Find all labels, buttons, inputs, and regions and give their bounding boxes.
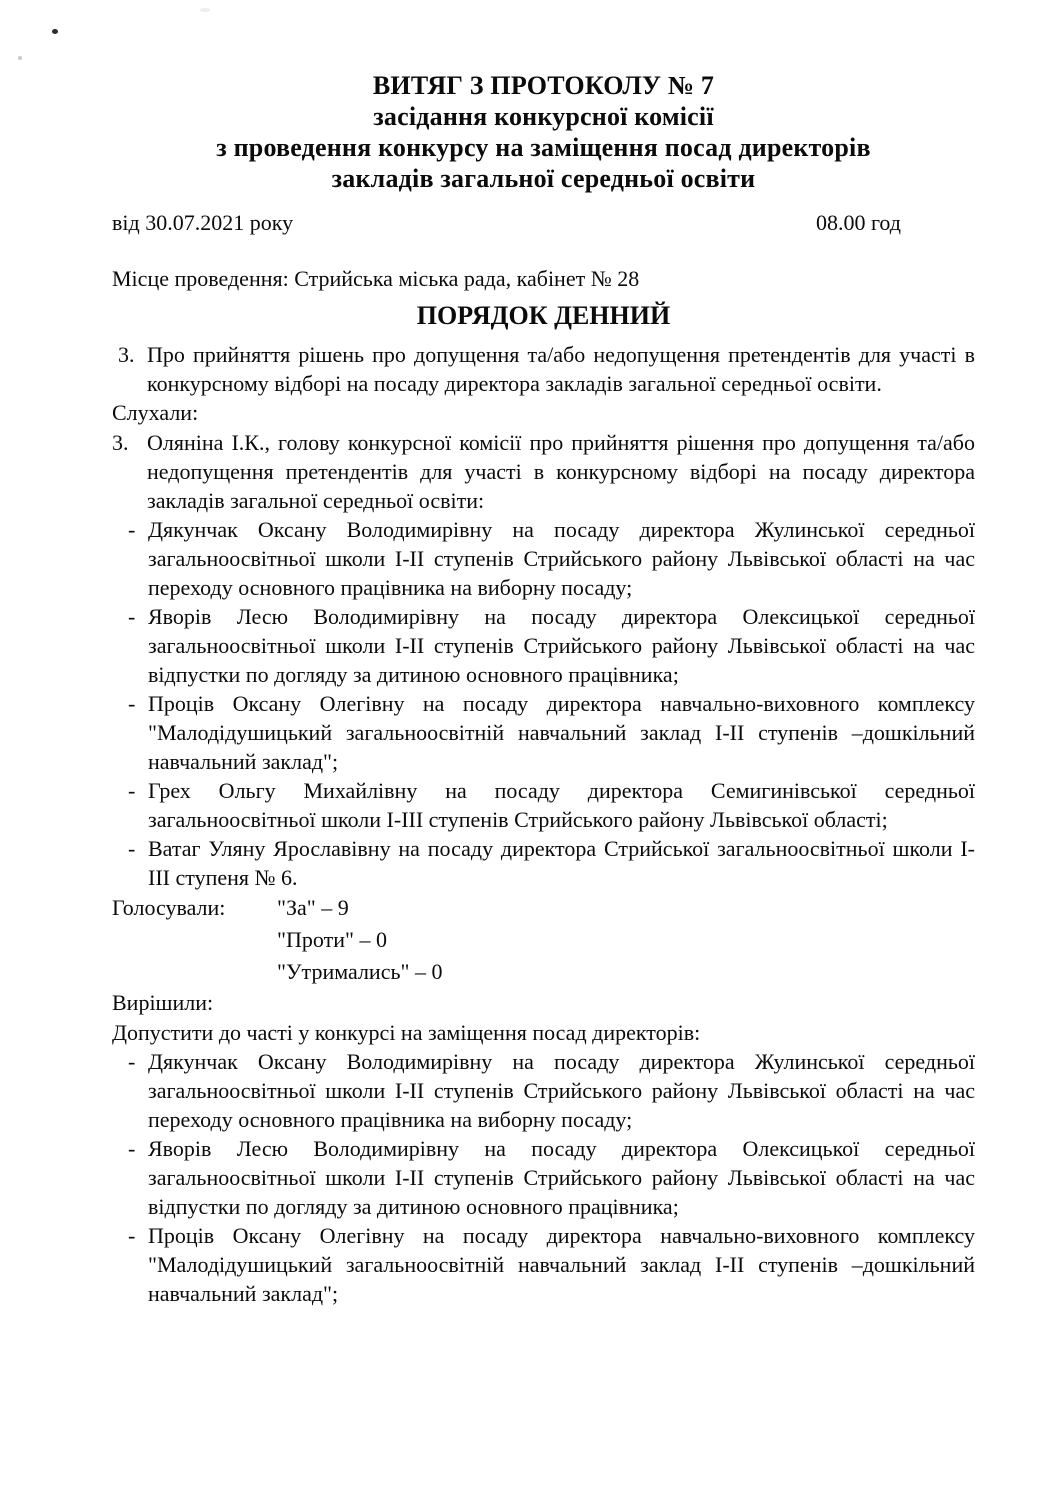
decided-candidate-text: Яворів Лесю Володимирівну на посаду дире…: [148, 1134, 975, 1221]
candidate-text: Проців Оксану Олегівну на посаду директо…: [148, 689, 975, 776]
decided-candidate-text: Проців Оксану Олегівну на посаду директо…: [148, 1221, 975, 1308]
agenda-heading: ПОРЯДОК ДЕННИЙ: [112, 300, 975, 331]
candidate-text: Дякунчак Оксану Володимирівну на посаду …: [148, 515, 975, 602]
decided-candidate-item-3: - Проців Оксану Олегівну на посаду дирек…: [112, 1221, 975, 1308]
document-title: ВИТЯГ З ПРОТОКОЛУ № 7 засідання конкурсн…: [112, 70, 975, 194]
heard-label: Слухали:: [112, 398, 975, 428]
decided-intro: Допустити до часті у конкурсі на заміщен…: [112, 1018, 975, 1047]
title-line-4: закладів загальної середньої освіти: [112, 163, 975, 194]
agenda-item: 3. Про прийняття рішень про допущення та…: [112, 340, 975, 398]
heard-item-text: Оляніна І.К., голову конкурсної комісії …: [147, 428, 975, 515]
heard-item-number: 3.: [112, 428, 147, 515]
candidate-text: Грех Ольгу Михайлівну на посаду директор…: [148, 776, 975, 834]
scan-speck: [200, 8, 210, 12]
scan-speck: [52, 29, 58, 34]
document-time: 08.00 год: [816, 208, 975, 237]
dash-marker: -: [128, 1134, 148, 1221]
location-line: Місце проведення: Стрийська міська рада,…: [112, 264, 975, 293]
voted-label: Голосували:: [112, 892, 277, 988]
dash-marker: -: [128, 834, 148, 892]
document-page: ВИТЯГ З ПРОТОКОЛУ № 7 засідання конкурсн…: [0, 0, 1058, 1497]
title-line-1: ВИТЯГ З ПРОТОКОЛУ № 7: [112, 70, 975, 101]
decided-candidate-item-1: - Дякунчак Оксану Володимирівну на посад…: [112, 1047, 975, 1134]
date-time-row: від 30.07.2021 року 08.00 год: [112, 208, 975, 237]
candidate-item-4: - Грех Ольгу Михайлівну на посаду директ…: [112, 776, 975, 834]
votes-section: Голосували: "За" – 9 "Проти" – 0 "Утрима…: [112, 892, 975, 988]
document-date: від 30.07.2021 року: [112, 208, 293, 237]
dash-marker: -: [128, 602, 148, 689]
vote-for: "За" – 9: [277, 892, 442, 924]
candidate-item-5: - Ватаг Уляну Ярославівну на посаду дире…: [112, 834, 975, 892]
dash-marker: -: [128, 1047, 148, 1134]
dash-marker: -: [128, 1221, 148, 1308]
votes-list: "За" – 9 "Проти" – 0 "Утримались" – 0: [277, 892, 442, 988]
title-line-2: засідання конкурсної комісії: [112, 101, 975, 132]
vote-abstained: "Утримались" – 0: [277, 956, 442, 988]
dash-marker: -: [128, 776, 148, 834]
candidate-text: Яворів Лесю Володимирівну на посаду дире…: [148, 602, 975, 689]
heard-item: 3. Оляніна І.К., голову конкурсної коміс…: [112, 428, 975, 515]
dash-marker: -: [128, 689, 148, 776]
vote-against: "Проти" – 0: [277, 924, 442, 956]
agenda-item-text: Про прийняття рішень про допущення та/аб…: [147, 340, 975, 398]
scan-speck: [18, 56, 22, 60]
title-line-3: з проведення конкурсу на заміщення посад…: [112, 132, 975, 163]
decided-label: Вирішили:: [112, 988, 975, 1018]
candidate-item-1: - Дякунчак Оксану Володимирівну на посад…: [112, 515, 975, 602]
candidate-text: Ватаг Уляну Ярославівну на посаду директ…: [148, 834, 975, 892]
candidate-item-3: - Проців Оксану Олегівну на посаду дирек…: [112, 689, 975, 776]
candidate-item-2: - Яворів Лесю Володимирівну на посаду ди…: [112, 602, 975, 689]
decided-candidate-text: Дякунчак Оксану Володимирівну на посаду …: [148, 1047, 975, 1134]
agenda-item-number: 3.: [118, 340, 147, 398]
decided-candidate-item-2: - Яворів Лесю Володимирівну на посаду ди…: [112, 1134, 975, 1221]
dash-marker: -: [128, 515, 148, 602]
